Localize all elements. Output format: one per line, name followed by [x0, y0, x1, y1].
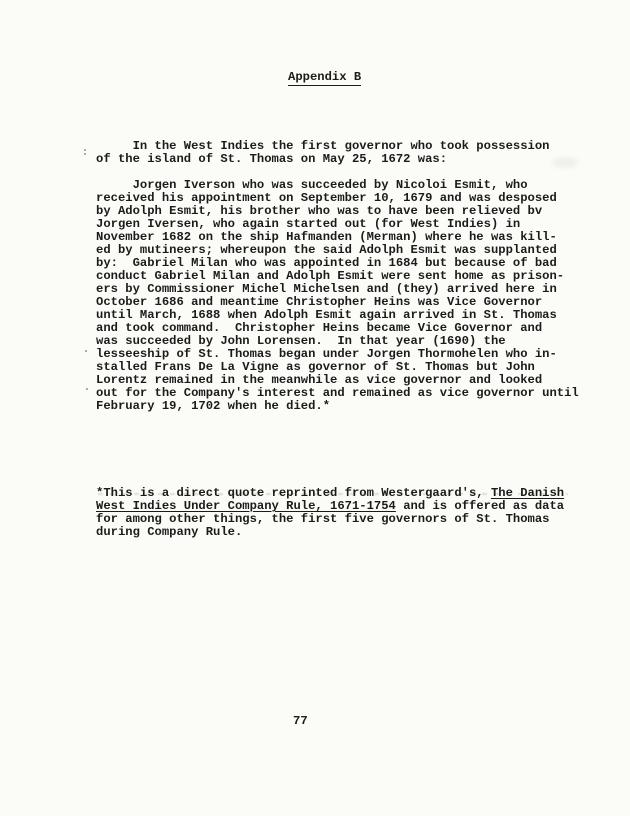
- scan-speck: [84, 153, 86, 155]
- scan-speck: [84, 149, 86, 151]
- footnote-text: during Company Rule.: [96, 525, 242, 539]
- document-page: Appendix B In the West Indies the first …: [0, 0, 630, 816]
- underlined-citation: West Indies Under Company Rule, 1671-175…: [96, 499, 396, 513]
- appendix-title: Appendix B: [288, 71, 361, 86]
- scan-smudge: [552, 157, 578, 168]
- footnote-text: for among other things, the first five g…: [96, 512, 549, 526]
- footnote-line: during Company Rule.: [96, 526, 579, 539]
- typed-text-block: In the West Indies the first governor wh…: [96, 114, 579, 565]
- text-line: February 19, 1702 when he died.*: [96, 400, 579, 413]
- scan-speck: [85, 350, 87, 352]
- body-paragraph: Jorgen Iverson who was succeeded by Nico…: [96, 179, 579, 413]
- page-number: 77: [293, 715, 308, 728]
- body-paragraphs: In the West Indies the first governor wh…: [96, 140, 579, 413]
- footnote-text: and is offered as data: [396, 499, 564, 513]
- text-line: of the island of St. Thomas on May 25, 1…: [96, 153, 579, 166]
- scan-speck: [86, 388, 88, 390]
- scan-smudge: [98, 493, 568, 495]
- body-paragraph: In the West Indies the first governor wh…: [96, 140, 579, 166]
